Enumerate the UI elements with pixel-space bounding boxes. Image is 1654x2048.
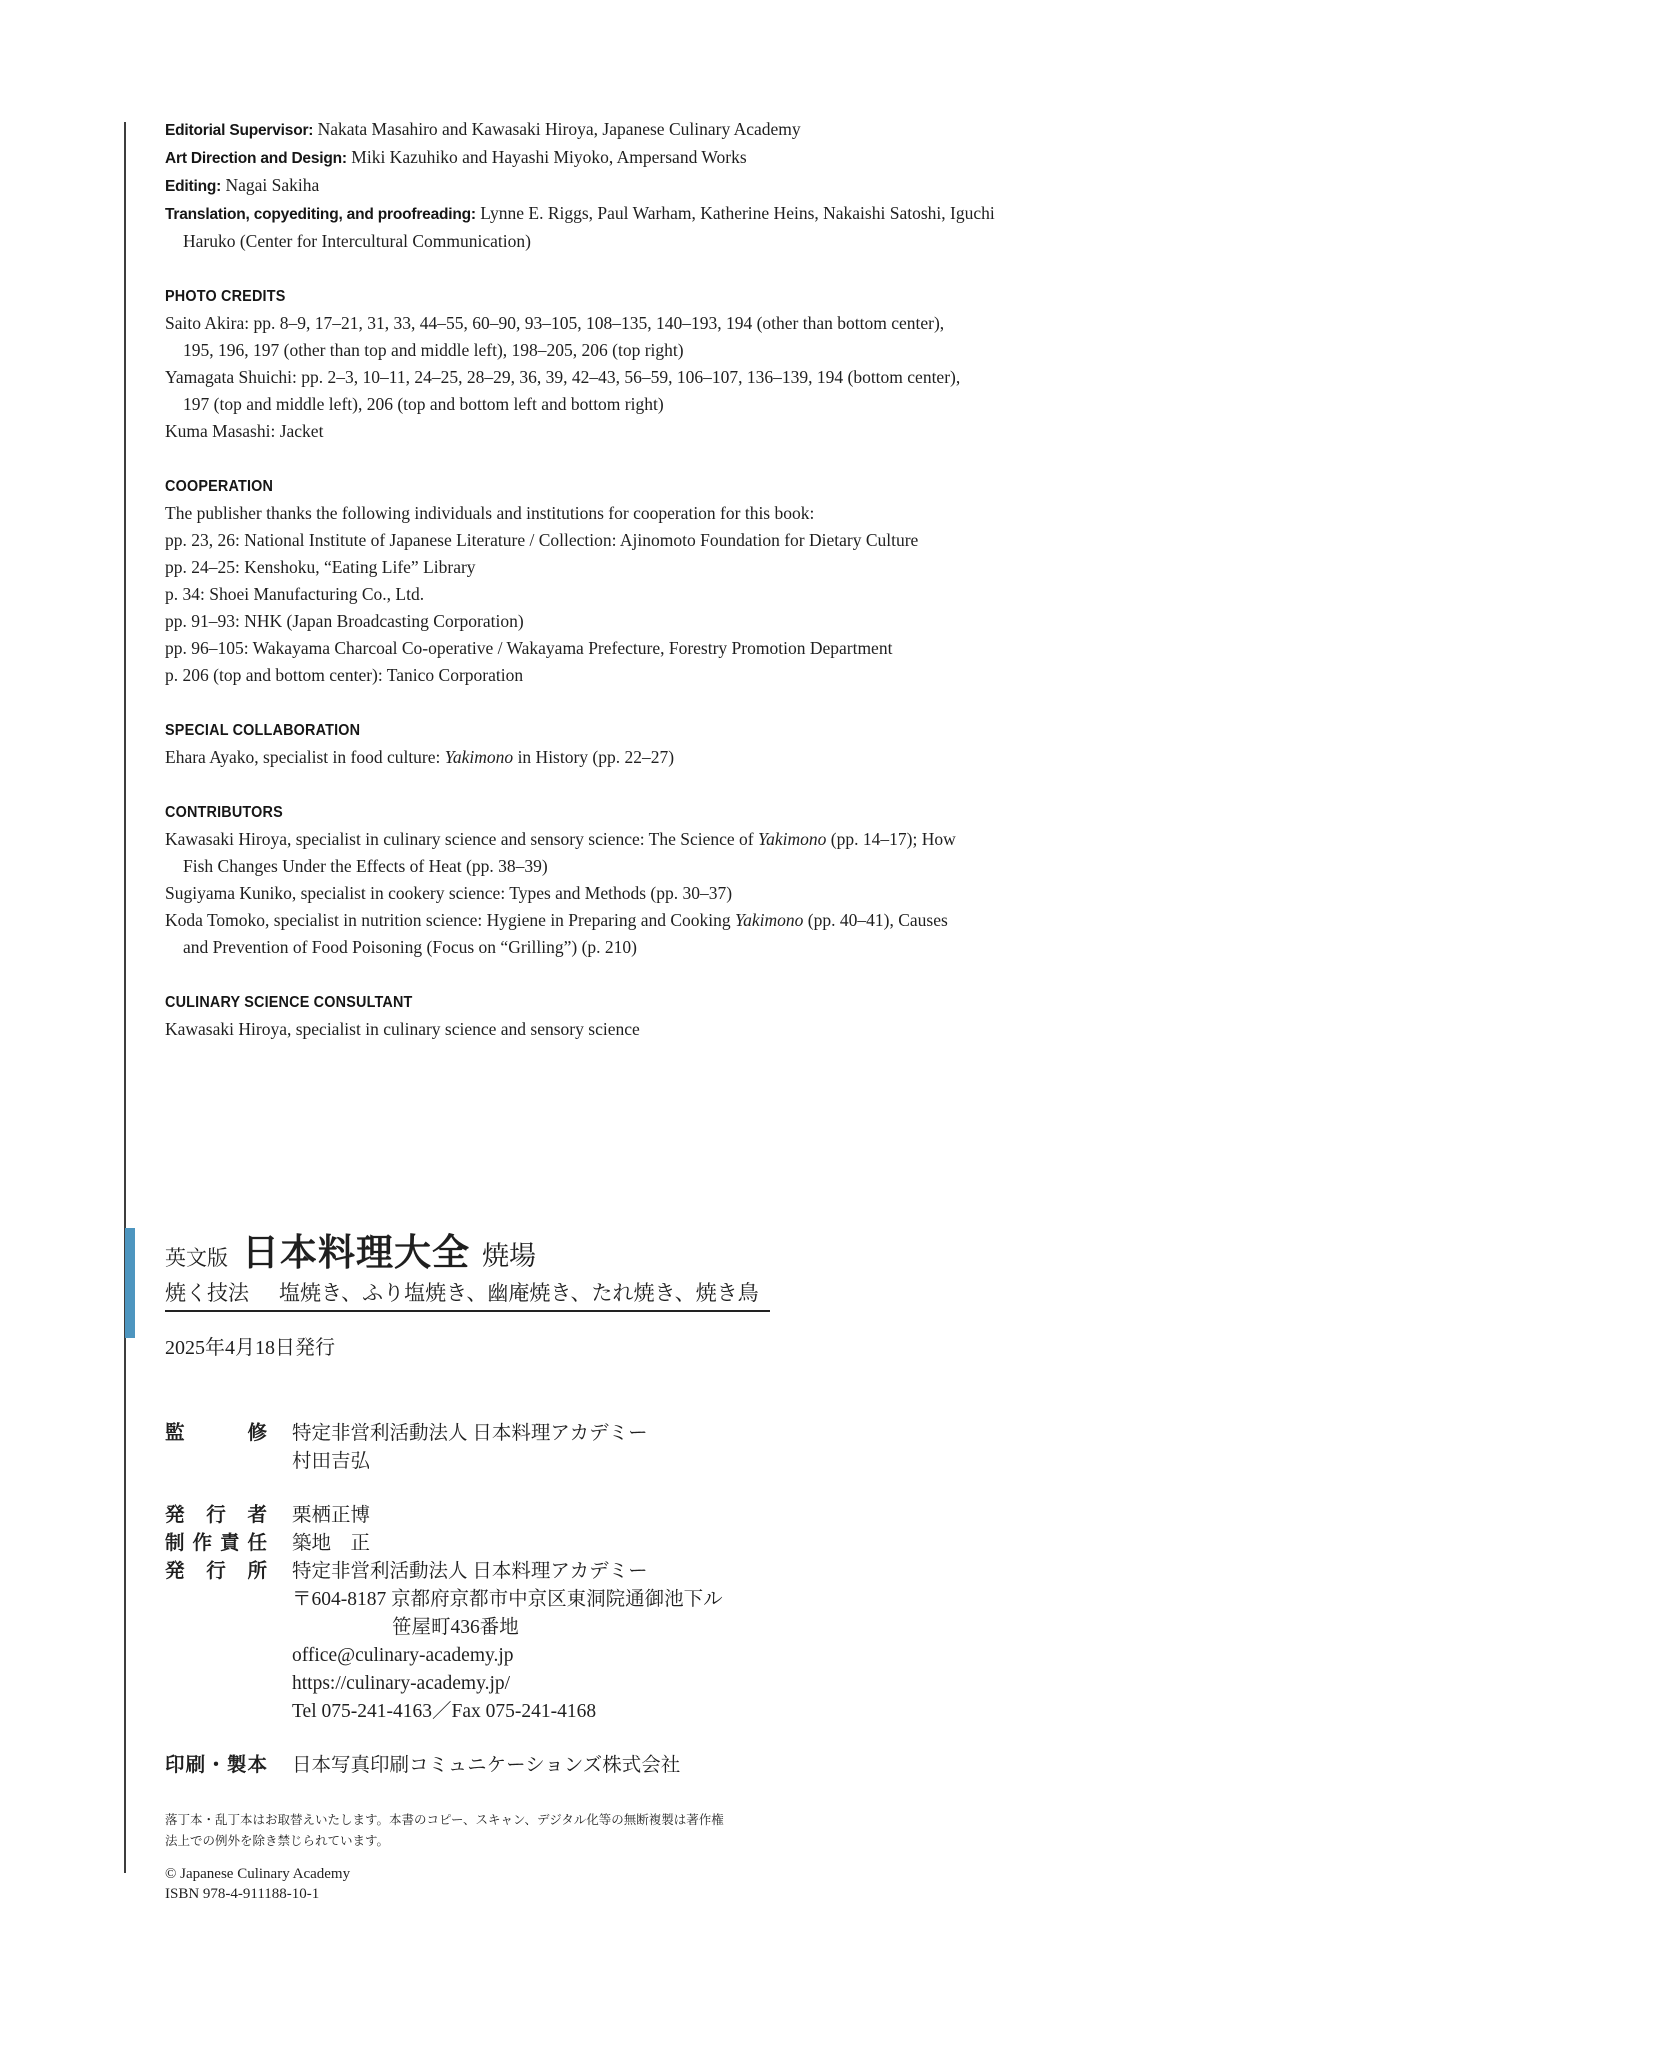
text-line: p. 206 (top and bottom center): Tanico C… — [165, 662, 1485, 689]
text-run: Fish Changes Under the Effects of Heat (… — [183, 856, 548, 876]
colophon-row: 制作責任築地 正 — [165, 1530, 1265, 1558]
text-line: Saito Akira: pp. 8–9, 17–21, 31, 33, 44–… — [165, 310, 1485, 337]
section-heading: PHOTO CREDITS — [165, 283, 1485, 310]
text-line: pp. 24–25: Kenshoku, “Eating Life” Libra… — [165, 554, 1485, 581]
credit-role-label: Art Direction and Design: — [165, 150, 347, 167]
credit-role-label: Editorial Supervisor: — [165, 122, 313, 139]
colophon-row-values: 日本写真印刷コミュニケーションズ株式会社 — [292, 1752, 1265, 1780]
colophon-value-line: Tel 075-241-4163／Fax 075-241-4168 — [292, 1698, 1265, 1726]
colophon-table: 監修特定非営利活動法人 日本料理アカデミー村田吉弘発行者栗栖正博制作責任築地 正… — [165, 1420, 1265, 1780]
colophon-row: 監修特定非営利活動法人 日本料理アカデミー村田吉弘 — [165, 1420, 1265, 1476]
text-line: and Prevention of Food Poisoning (Focus … — [165, 934, 1485, 961]
text-line: Ehara Ayako, specialist in food culture:… — [165, 744, 1485, 771]
book-volume-title: 焼場 — [482, 1234, 536, 1273]
book-title: 日本料理大全 — [242, 1222, 470, 1276]
text-run: Kawasaki Hiroya, specialist in culinary … — [165, 829, 758, 849]
book-title-row: 英文版 日本料理大全 焼場 — [165, 1222, 1265, 1276]
text-line: pp. 23, 26: National Institute of Japane… — [165, 527, 1485, 554]
colophon-value-line: 特定非営利活動法人 日本料理アカデミー — [292, 1558, 1265, 1586]
text-run: Lynne E. Riggs, Paul Warham, Katherine H… — [476, 203, 995, 223]
colophon-row-label: 監修 — [165, 1420, 267, 1448]
text-run: pp. 23, 26: National Institute of Japane… — [165, 530, 918, 550]
text-run: 197 (top and middle left), 206 (top and … — [183, 394, 664, 414]
legal-line: 法上での例外を除き禁じられています。 — [165, 1831, 1265, 1852]
text-run: Miki Kazuhiko and Hayashi Miyoko, Ampers… — [347, 147, 747, 167]
text-run: pp. 24–25: Kenshoku, “Eating Life” Libra… — [165, 557, 476, 577]
section-heading: COOPERATION — [165, 473, 1485, 500]
colophon-value-line: 村田吉弘 — [292, 1448, 1265, 1476]
text-line: pp. 96–105: Wakayama Charcoal Co-operati… — [165, 635, 1485, 662]
section-heading-text: COOPERATION — [165, 473, 273, 500]
colophon-value-line: 栗栖正博 — [292, 1502, 1265, 1530]
text-line: Translation, copyediting, and proofreadi… — [165, 200, 1485, 228]
text-run: in History (pp. 22–27) — [513, 747, 674, 767]
text-run: (pp. 14–17); How — [826, 829, 955, 849]
text-line: 197 (top and middle left), 206 (top and … — [165, 391, 1485, 418]
text-line: Haruko (Center for Intercultural Communi… — [165, 228, 1485, 255]
text-run: pp. 96–105: Wakayama Charcoal Co-operati… — [165, 638, 892, 658]
text-line: Kawasaki Hiroya, specialist in culinary … — [165, 1016, 1485, 1043]
text-run: 195, 196, 197 (other than top and middle… — [183, 340, 684, 360]
section-heading: SPECIAL COLLABORATION — [165, 717, 1485, 744]
text-run: p. 206 (top and bottom center): Tanico C… — [165, 665, 523, 685]
colophon-value-line: 笹屋町436番地 — [292, 1614, 1265, 1642]
section-heading-text: PHOTO CREDITS — [165, 283, 285, 310]
text-line: Art Direction and Design: Miki Kazuhiko … — [165, 144, 1485, 172]
colophon-row-label: 発行者 — [165, 1502, 267, 1530]
colophon-row-values: 栗栖正博 — [292, 1502, 1265, 1530]
text-run: Koda Tomoko, specialist in nutrition sci… — [165, 910, 735, 930]
section-heading-text: CONTRIBUTORS — [165, 799, 283, 826]
colophon-row-label: 制作責任 — [165, 1530, 267, 1558]
publication-date: 2025年4月18日発行 — [165, 1334, 1265, 1362]
colophon-row: 発行所特定非営利活動法人 日本料理アカデミー〒604-8187 京都府京都市中京… — [165, 1558, 1265, 1726]
colophon-value-line: office@culinary-academy.jp — [292, 1642, 1265, 1670]
colophon-row-values: 築地 正 — [292, 1530, 1265, 1558]
text-run: p. 34: Shoei Manufacturing Co., Ltd. — [165, 584, 424, 604]
colophon-row-label: 印刷・製本 — [165, 1752, 267, 1780]
text-run: Haruko (Center for Intercultural Communi… — [183, 231, 531, 251]
text-line: Fish Changes Under the Effects of Heat (… — [165, 853, 1485, 880]
legal-notice: 落丁本・乱丁本はお取替えいたします。本書のコピー、スキャン、デジタル化等の無断複… — [165, 1810, 1265, 1852]
text-line: Sugiyama Kuniko, specialist in cookery s… — [165, 880, 1485, 907]
title-edition-label: 英文版 — [165, 1242, 228, 1272]
section-heading: CULINARY SCIENCE CONSULTANT — [165, 989, 1485, 1016]
book-subtitle: 焼く技法塩焼き、ふり塩焼き、幽庵焼き、たれ焼き、焼き鳥 — [165, 1280, 770, 1312]
subtitle-right: 塩焼き、ふり塩焼き、幽庵焼き、たれ焼き、焼き鳥 — [279, 1281, 759, 1305]
colophon-row: 発行者栗栖正博 — [165, 1502, 1265, 1530]
title-accent-bar — [125, 1228, 135, 1338]
credit-role-label: Editing: — [165, 178, 221, 195]
text-line: Kawasaki Hiroya, specialist in culinary … — [165, 826, 1485, 853]
japanese-colophon-block: 英文版 日本料理大全 焼場 焼く技法塩焼き、ふり塩焼き、幽庵焼き、たれ焼き、焼き… — [165, 1222, 1265, 1904]
text-run: and Prevention of Food Poisoning (Focus … — [183, 937, 637, 957]
text-run: Nakata Masahiro and Kawasaki Hiroya, Jap… — [313, 119, 800, 139]
text-run: Ehara Ayako, specialist in food culture: — [165, 747, 445, 767]
page-margin-rule — [124, 122, 126, 1873]
colophon-value-line: 特定非営利活動法人 日本料理アカデミー — [292, 1420, 1265, 1448]
text-line: 195, 196, 197 (other than top and middle… — [165, 337, 1485, 364]
colophon-value-line: https://culinary-academy.jp/ — [292, 1670, 1265, 1698]
text-run: Yakimono — [445, 747, 513, 767]
text-run: (pp. 40–41), Causes — [803, 910, 947, 930]
text-run: Sugiyama Kuniko, specialist in cookery s… — [165, 883, 732, 903]
text-line: pp. 91–93: NHK (Japan Broadcasting Corpo… — [165, 608, 1485, 635]
colophon-row-values: 特定非営利活動法人 日本料理アカデミー村田吉弘 — [292, 1420, 1265, 1476]
text-run: Kawasaki Hiroya, specialist in culinary … — [165, 1019, 640, 1039]
text-line: Koda Tomoko, specialist in nutrition sci… — [165, 907, 1485, 934]
english-credits-block: Editorial Supervisor: Nakata Masahiro an… — [165, 116, 1485, 1043]
text-run: Nagai Sakiha — [221, 175, 319, 195]
text-line: Editorial Supervisor: Nakata Masahiro an… — [165, 116, 1485, 144]
section-heading-text: CULINARY SCIENCE CONSULTANT — [165, 989, 413, 1016]
section-heading-text: SPECIAL COLLABORATION — [165, 717, 360, 744]
text-line: The publisher thanks the following indiv… — [165, 500, 1485, 527]
text-run: Yakimono — [758, 829, 826, 849]
text-run: Saito Akira: pp. 8–9, 17–21, 31, 33, 44–… — [165, 313, 944, 333]
text-line: Yamagata Shuichi: pp. 2–3, 10–11, 24–25,… — [165, 364, 1485, 391]
text-line: Editing: Nagai Sakiha — [165, 172, 1485, 200]
colophon-row-values: 特定非営利活動法人 日本料理アカデミー〒604-8187 京都府京都市中京区東洞… — [292, 1558, 1265, 1726]
colophon-row: 印刷・製本日本写真印刷コミュニケーションズ株式会社 — [165, 1752, 1265, 1780]
text-run: The publisher thanks the following indiv… — [165, 503, 814, 523]
colophon-value-line: 日本写真印刷コミュニケーションズ株式会社 — [292, 1752, 1265, 1780]
colophon-value-line: 築地 正 — [292, 1530, 1265, 1558]
text-line: Kuma Masashi: Jacket — [165, 418, 1485, 445]
text-run: Yamagata Shuichi: pp. 2–3, 10–11, 24–25,… — [165, 367, 960, 387]
text-run: pp. 91–93: NHK (Japan Broadcasting Corpo… — [165, 611, 524, 631]
colophon-page: Editorial Supervisor: Nakata Masahiro an… — [0, 0, 1654, 2048]
section-heading: CONTRIBUTORS — [165, 799, 1485, 826]
copyright-line: © Japanese Culinary Academy — [165, 1864, 1265, 1884]
text-run: Yakimono — [735, 910, 803, 930]
text-run: Kuma Masashi: Jacket — [165, 421, 323, 441]
isbn-line: ISBN 978-4-911188-10-1 — [165, 1884, 1265, 1904]
text-line: p. 34: Shoei Manufacturing Co., Ltd. — [165, 581, 1485, 608]
subtitle-left: 焼く技法 — [165, 1281, 249, 1305]
legal-line: 落丁本・乱丁本はお取替えいたします。本書のコピー、スキャン、デジタル化等の無断複… — [165, 1810, 1265, 1831]
credit-role-label: Translation, copyediting, and proofreadi… — [165, 206, 476, 223]
colophon-value-line: 〒604-8187 京都府京都市中京区東洞院通御池下ル — [292, 1586, 1265, 1614]
colophon-row-label: 発行所 — [165, 1558, 267, 1586]
